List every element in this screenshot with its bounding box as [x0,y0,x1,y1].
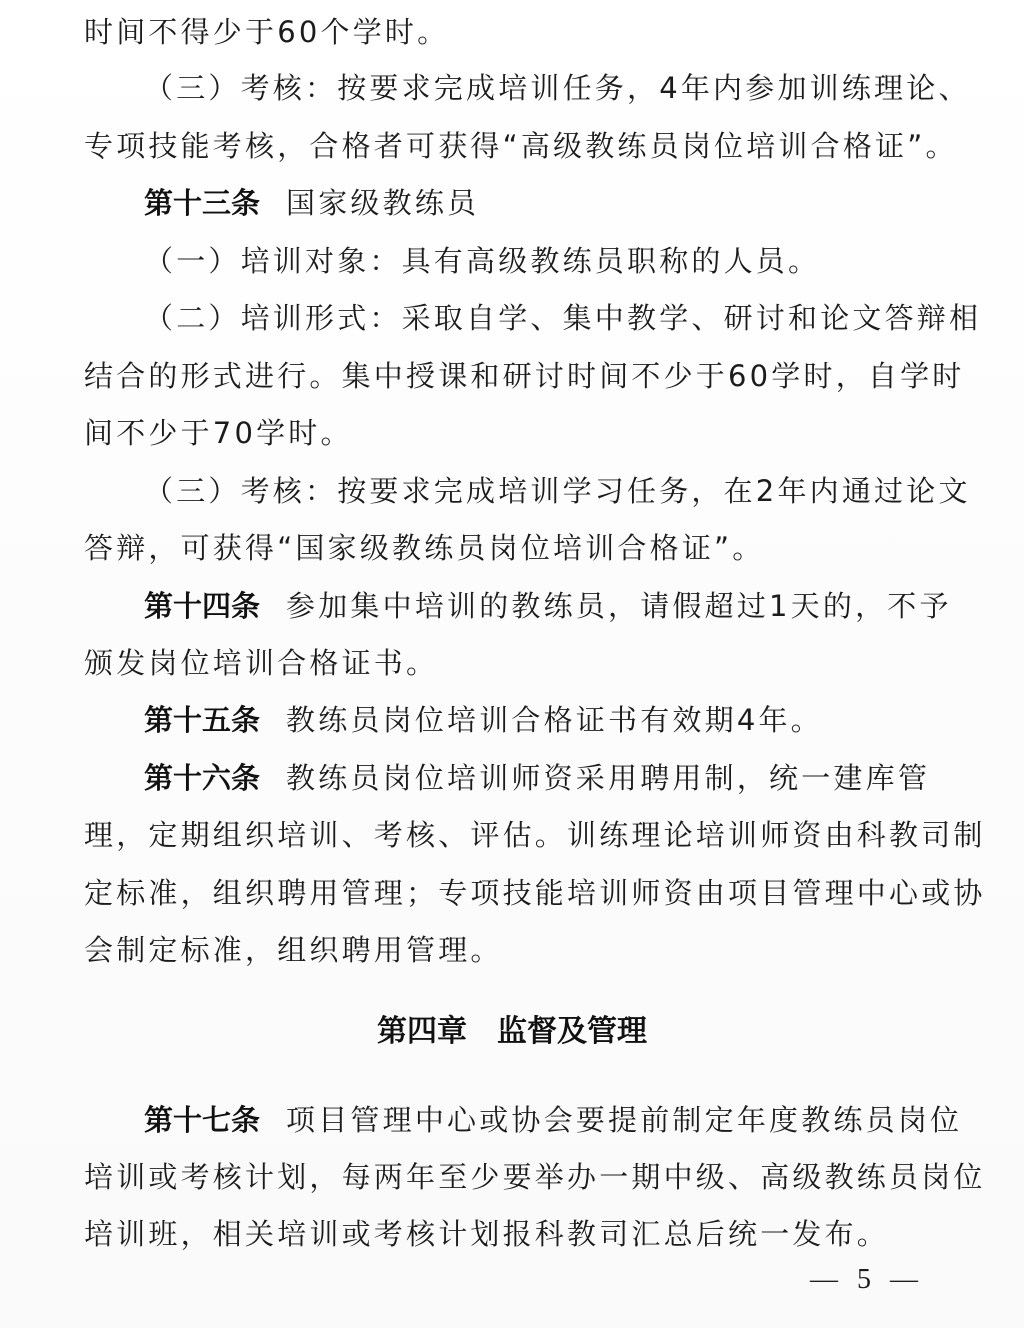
line-text: （三）考核：按要求完成培训任务，4年内参加训练理论、 [144,71,971,105]
paragraph-line: 结合的形式进行。集中授课和研讨时间不少于60学时，自学时 [84,356,956,396]
paragraph-line: 答辩，可获得“国家级教练员岗位培训合格证”。 [84,528,956,568]
line-text: （三）考核：按要求完成培训学习任务，在2年内通过论文 [144,474,971,508]
line-text: （一）培训对象：具有高级教练员职称的人员。 [144,244,820,278]
article-title: 国家级教练员 [286,186,479,220]
article-heading: 第十六条 [144,761,260,795]
line-text: 培训或考核计划，每两年至少要举办一期中级、高级教练员岗位 [84,1160,986,1194]
line-text: （二）培训形式：采取自学、集中教学、研讨和论文答辩相 [144,301,981,335]
paragraph-line: （二）培训形式：采取自学、集中教学、研讨和论文答辩相 [144,298,956,338]
article-heading: 第十五条 [144,703,260,737]
article-heading: 第十四条 [144,589,260,623]
line-text: 时间不得少于60个学时。 [84,15,449,49]
article-text: 参加集中培训的教练员，请假超过1天的，不予 [286,589,952,623]
article-16: 第十六条教练员岗位培训师资采用聘用制，统一建库管 [144,758,956,798]
paragraph-line: （三）考核：按要求完成培训学习任务，在2年内通过论文 [144,471,956,511]
page-number: — 5 — [810,1262,924,1298]
line-text: 结合的形式进行。集中授课和研讨时间不少于60学时，自学时 [84,359,965,393]
paragraph-line: 会制定标准，组织聘用管理。 [84,930,956,970]
chapter-heading: 第四章监督及管理 [0,1012,1024,1052]
article-15: 第十五条教练员岗位培训合格证书有效期4年。 [144,700,956,740]
article-text: 项目管理中心或协会要提前制定年度教练员岗位 [286,1103,962,1137]
paragraph-line: 专项技能考核，合格者可获得“高级教练员岗位培训合格证”。 [84,126,956,166]
line-text: 会制定标准，组织聘用管理。 [84,933,503,967]
paragraph-line: 定标准，组织聘用管理；专项技能培训师资由项目管理中心或协 [84,873,956,913]
paragraph-line: （一）培训对象：具有高级教练员职称的人员。 [144,241,956,281]
chapter-number: 第四章 [377,1014,467,1049]
line-text: 颁发岗位培训合格证书。 [84,646,438,680]
line-text: 答辩，可获得“国家级教练员岗位培训合格证”。 [84,531,764,565]
article-text: 教练员岗位培训师资采用聘用制，统一建库管 [286,761,930,795]
paragraph-line: 培训或考核计划，每两年至少要举办一期中级、高级教练员岗位 [84,1157,956,1197]
paragraph-line: 间不少于70学时。 [84,413,956,453]
article-13: 第十三条国家级教练员 [144,183,956,223]
paragraph-line: 培训班，相关培训或考核计划报科教司汇总后统一发布。 [84,1214,956,1254]
line-text: 专项技能考核，合格者可获得“高级教练员岗位培训合格证”。 [84,129,958,163]
article-text: 教练员岗位培训合格证书有效期4年。 [286,703,823,737]
article-heading: 第十三条 [144,186,260,220]
paragraph-line: 颁发岗位培训合格证书。 [84,643,956,683]
line-text: 培训班，相关培训或考核计划报科教司汇总后统一发布。 [84,1217,889,1251]
line-text: 定标准，组织聘用管理；专项技能培训师资由项目管理中心或协 [84,876,986,910]
paragraph-line: （三）考核：按要求完成培训任务，4年内参加训练理论、 [144,68,956,108]
line-text: 理，定期组织培训、考核、评估。训练理论培训师资由科教司制 [84,818,986,852]
line-text: 间不少于70学时。 [84,416,353,450]
paragraph-line: 时间不得少于60个学时。 [84,12,956,52]
paragraph-line: 理，定期组织培训、考核、评估。训练理论培训师资由科教司制 [84,815,956,855]
chapter-title: 监督及管理 [497,1014,647,1049]
article-17: 第十七条项目管理中心或协会要提前制定年度教练员岗位 [144,1100,956,1140]
document-page: 时间不得少于60个学时。 （三）考核：按要求完成培训任务，4年内参加训练理论、 … [0,0,1024,1328]
article-heading: 第十七条 [144,1103,260,1137]
article-14: 第十四条参加集中培训的教练员，请假超过1天的，不予 [144,586,956,626]
